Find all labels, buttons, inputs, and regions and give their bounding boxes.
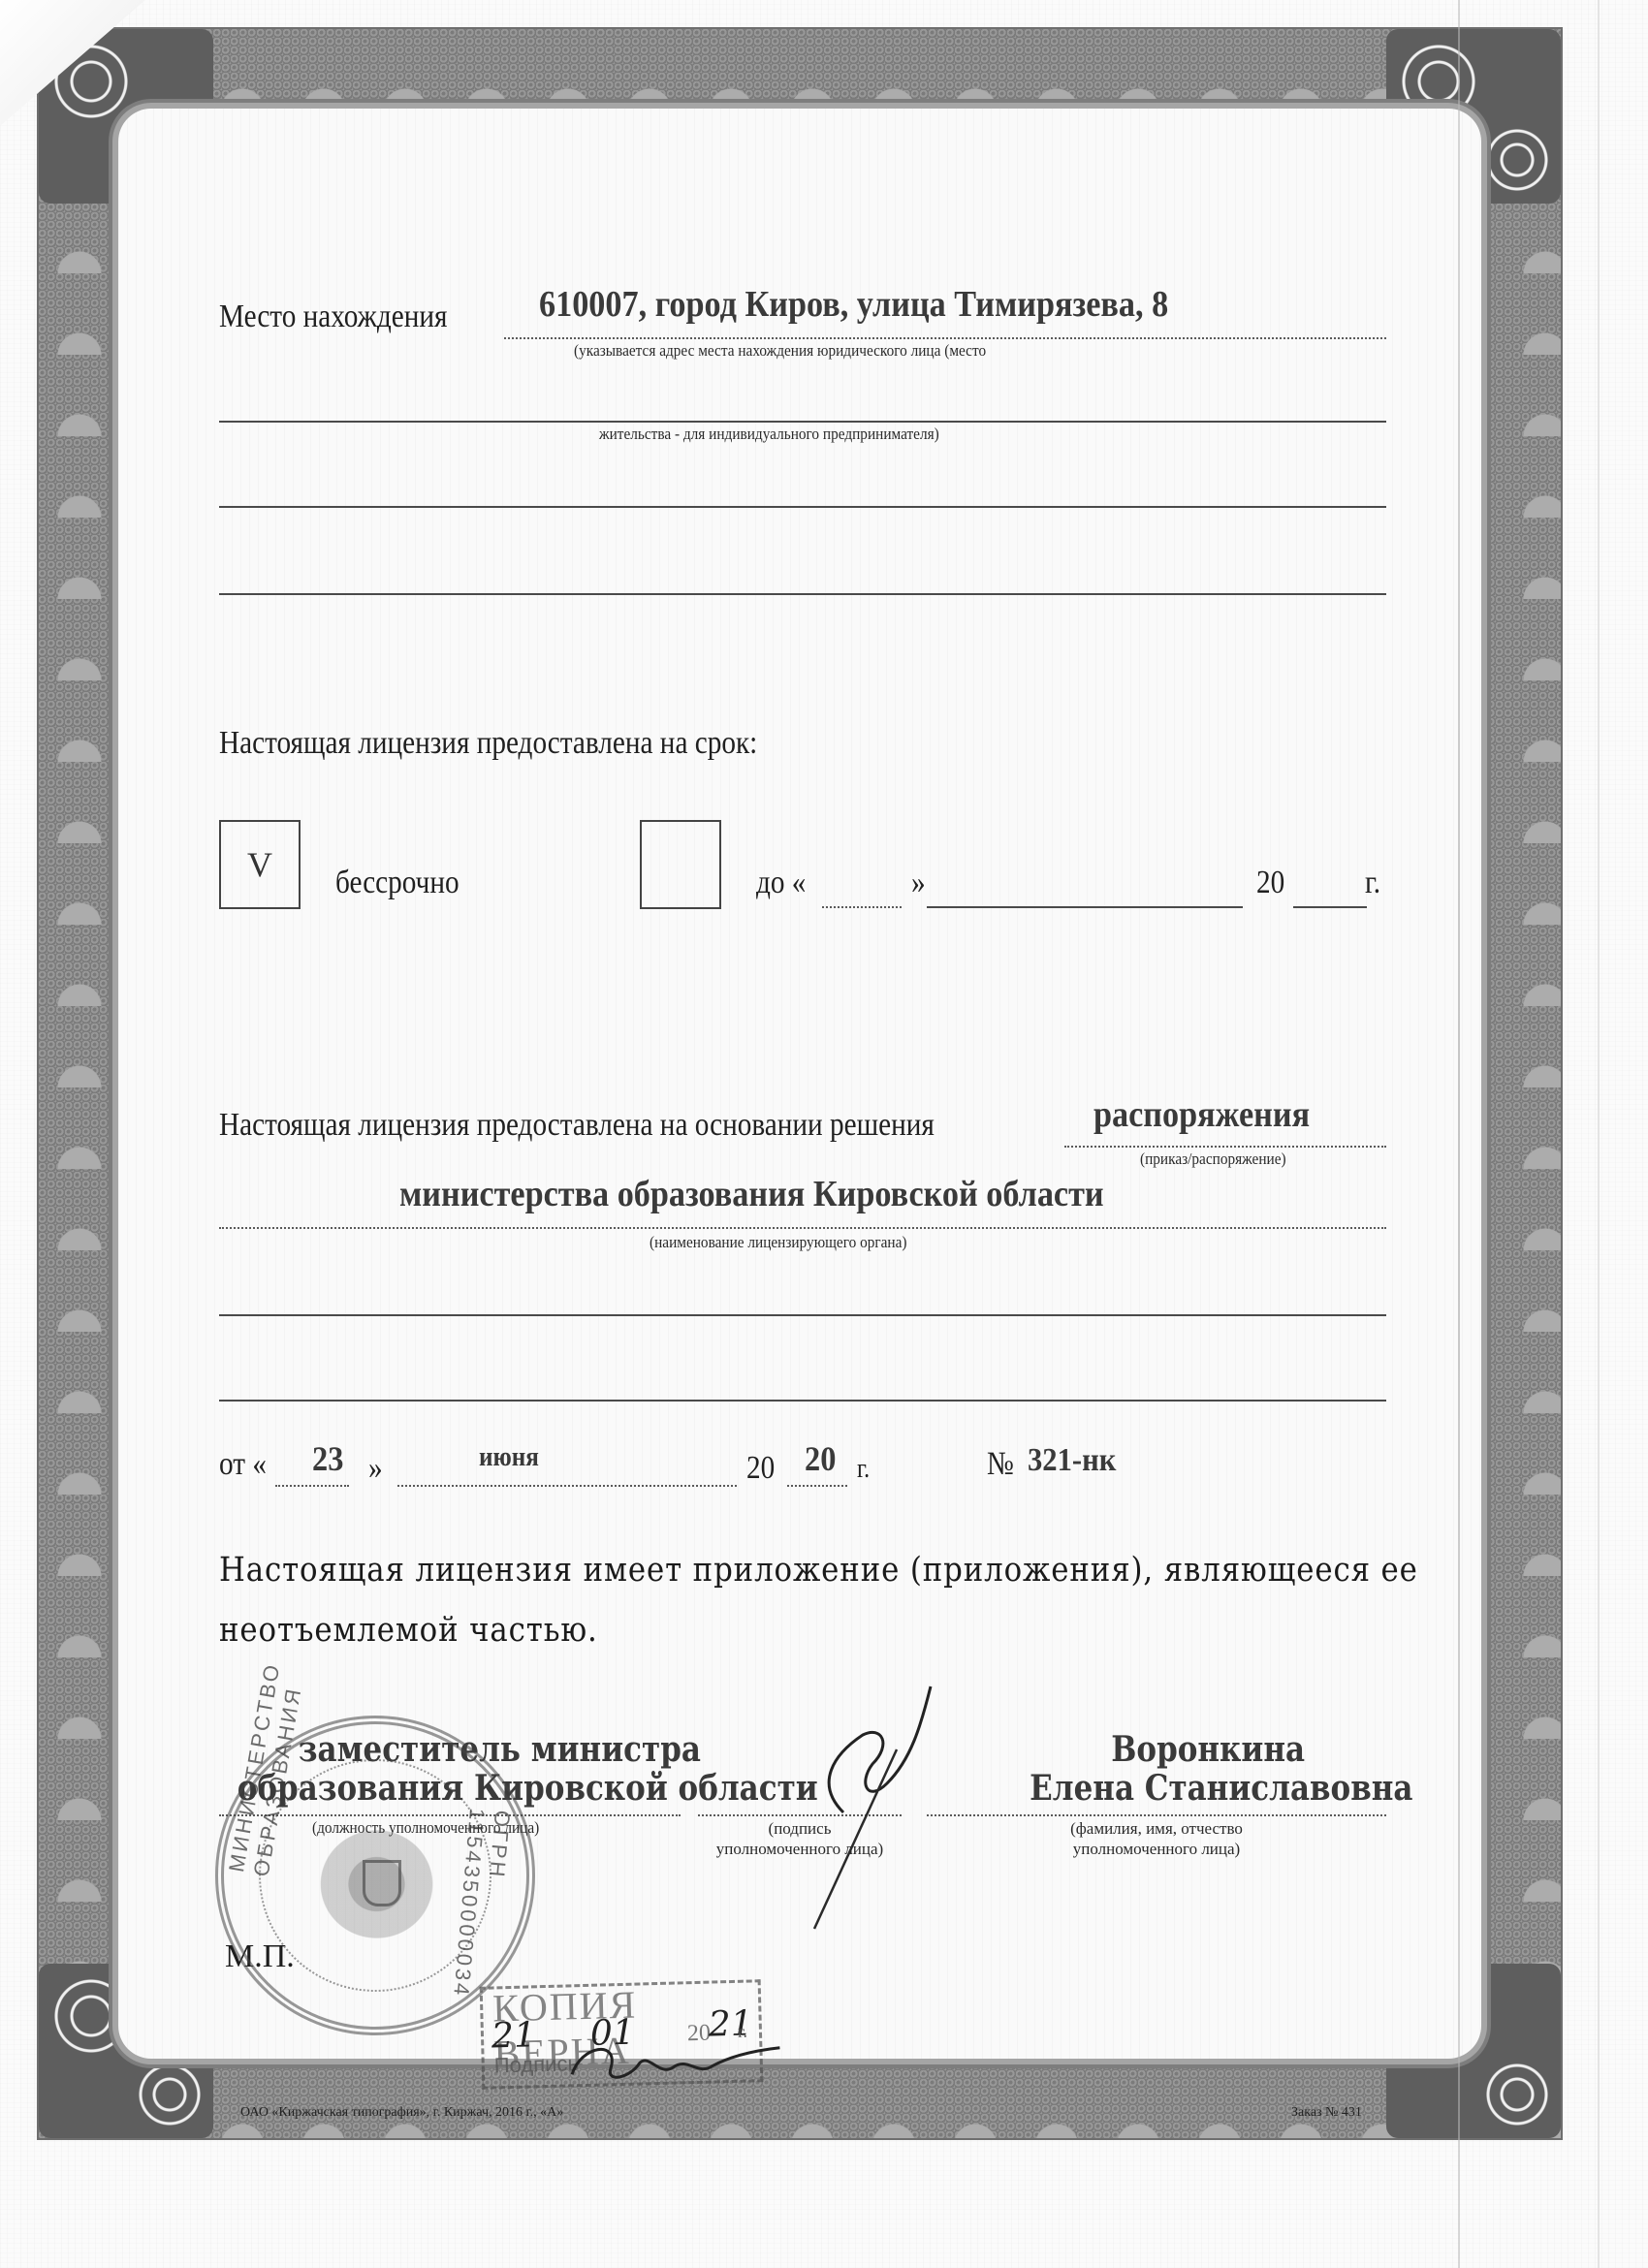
until-year-prefix: 20 [1256,865,1284,901]
license-content: Место нахождения 610007, город Киров, ул… [0,0,1648,2268]
name-hint-2: уполномоченного лица) [927,1839,1386,1859]
date-year-prefix: 20 [746,1450,775,1487]
until-prefix: до « [756,865,806,901]
decision-type-underline [1064,1146,1386,1148]
until-suffix: » [911,865,926,901]
until-day-field[interactable] [822,906,902,908]
basis-line-3 [219,1400,1386,1402]
date-month-underline [397,1485,737,1487]
indefinite-label: бессрочно [335,865,460,901]
date-month: июня [479,1442,539,1473]
shield-icon [363,1860,401,1906]
checkmark-icon: V [247,844,272,885]
name-hint-1: (фамилия, имя, отчество [927,1818,1386,1839]
date-day-underline [275,1485,349,1487]
printer-info: ОАО «Киржачская типография», г. Киржач, … [240,2105,563,2121]
order-number: Заказ № 431 [1291,2105,1362,2121]
until-month-field[interactable] [927,906,1243,908]
decision-type: распоряжения [1093,1093,1310,1136]
licensing-authority: министерства образования Кировской облас… [399,1173,1104,1215]
basis-label: Настоящая лицензия предоставлена на осно… [219,1107,935,1144]
copy-certified-stamp: КОПИЯ ВЕРНА 21 01 20 21 г. Подпись [480,1979,764,2090]
location-line-2 [219,421,1386,423]
term-label: Настоящая лицензия предоставлена на срок… [219,725,757,762]
location-underline [504,337,1386,339]
signature-icon [776,1667,950,1938]
number-label: № [987,1446,1014,1483]
name-underline [927,1814,1386,1816]
date-day: 23 [312,1438,343,1479]
signatory-given-names: Елена Станиславовна [1030,1768,1412,1809]
date-prefix: от « [219,1446,267,1483]
until-checkbox[interactable] [640,820,721,909]
date-close-quote: » [368,1450,383,1487]
decision-type-hint: (приказ/распоряжение) [1140,1150,1286,1169]
location-label: Место нахождения [219,299,447,335]
seal-ring-text-right: ОГРН 1154350000034 [448,1807,515,2000]
basis-line-2 [219,1314,1386,1316]
location-value: 610007, город Киров, улица Тимирязева, 8 [539,283,1168,326]
location-line-3 [219,506,1386,508]
location-line-4 [219,593,1386,595]
signatory-surname: Воронкина [1111,1729,1305,1770]
copy-stamp-signature-icon [561,2031,785,2095]
indefinite-checkbox[interactable]: V [219,820,301,909]
date-year-suffix: г. [857,1454,870,1485]
decision-number: 321-нк [1028,1442,1116,1479]
location-hint-2: жительства - для индивидуального предпри… [599,425,939,444]
location-hint-1: (указывается адрес места нахождения юрид… [574,341,986,361]
copy-stamp-day: 21 [491,2015,536,2056]
authority-hint: (наименование лицензирующего органа) [650,1233,907,1252]
appendix-text-1: Настоящая лицензия имеет приложение (при… [219,1551,1418,1590]
until-year-field[interactable] [1293,906,1367,908]
name-hint: (фамилия, имя, отчество уполномоченного … [927,1818,1386,1859]
until-year-suffix: г. [1365,865,1380,901]
authority-underline [219,1227,1386,1229]
date-year: 20 [805,1438,836,1479]
date-year-underline [787,1485,847,1487]
